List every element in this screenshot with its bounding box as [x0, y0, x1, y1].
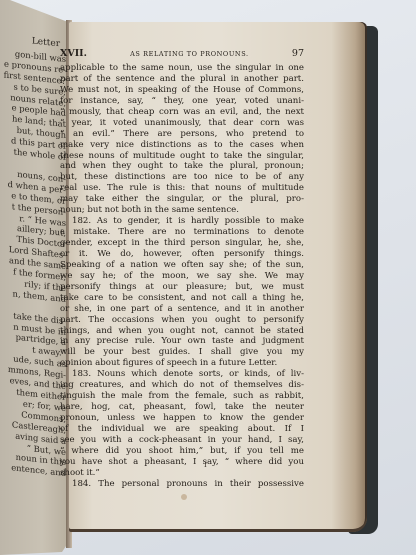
text-line: we say he; of the moon, we say she. We m… — [60, 271, 304, 282]
text-line: part. The occasions when you ought to pe… — [60, 315, 304, 326]
text-line: “ where did you shoot him,” but, if you … — [60, 446, 304, 457]
text-line: make very nice distinctions as to the ca… — [60, 140, 304, 151]
text-line: or it. We do, however, often personify t… — [60, 249, 304, 260]
text-line: and when they ought to take the plural, … — [60, 161, 304, 172]
right-page-content: XVII. AS RELATING TO PRONOUNS. 97 applic… — [60, 48, 304, 490]
body-text: applicable to the same noun, use the sin… — [60, 63, 304, 490]
signature-mark: I — [204, 461, 207, 469]
text-line: hare, hog, cat, pheasant, fowl, take the… — [60, 402, 304, 413]
text-line: “ mously, that cheap corn was an evil, a… — [60, 107, 304, 118]
text-line: of the individual we are speaking about.… — [60, 424, 304, 435]
text-line: Speaking of a nation we often say she; o… — [60, 260, 304, 271]
text-line: in any precise rule. Your own taste and … — [60, 336, 304, 347]
text-line: applicable to the same noun, use the sin… — [60, 63, 304, 74]
text-line: things, and when you ought not, cannot b… — [60, 326, 304, 337]
text-line: 182. As to gender, it is hardly possible… — [60, 216, 304, 227]
running-title: AS RELATING TO PRONOUNS. — [130, 50, 249, 58]
left-page-lines: gon-bill wase pronouns re-first sentence… — [0, 47, 66, 479]
text-line: these nouns of multitude ought to take t… — [60, 151, 304, 162]
text-line: may take either the singular, or the plu… — [60, 194, 304, 205]
chapter-number: XVII. — [60, 48, 87, 59]
text-line: but, these distinctions are too nice to … — [60, 172, 304, 183]
page-number: 97 — [292, 48, 304, 59]
text-line: 183. Nouns which denote sorts, or kinds,… — [60, 369, 304, 380]
text-line: or she, in one part of a sentence, and i… — [60, 304, 304, 315]
text-line: part of the sentence and the plural in a… — [60, 74, 304, 85]
text-line: real use. The rule is this: that nouns o… — [60, 183, 304, 194]
text-line: ing creatures, and which do not of thems… — [60, 380, 304, 391]
paper-stain — [181, 494, 187, 500]
text-line: see you with a cock-pheasant in your han… — [60, 435, 304, 446]
text-line: “ year, it voted unanimously, that dear … — [60, 118, 304, 129]
text-line: opinion about figures of speech in a fut… — [60, 358, 304, 369]
text-line: personify things at our pleasure; but, w… — [60, 282, 304, 293]
text-line: for instance, say, “ they, one year, vot… — [60, 96, 304, 107]
text-line: pronoun, unless we happen to know the ge… — [60, 413, 304, 424]
text-line: tinguish the male from the female, such … — [60, 391, 304, 402]
text-line: gender, except in the third person singu… — [60, 238, 304, 249]
text-line: you have shot a pheasant, I say, “ where… — [60, 457, 304, 468]
running-head: XVII. AS RELATING TO PRONOUNS. 97 — [60, 48, 304, 59]
text-line: noun; but not both in the same sentence. — [60, 205, 304, 216]
text-line: shoot it.” — [60, 468, 304, 479]
text-line: will be your best guides. I shall give y… — [60, 347, 304, 358]
text-line: “ an evil.” There are persons, who prete… — [60, 129, 304, 140]
left-page-text: Letter gon-bill wase pronouns re-first s… — [0, 33, 66, 479]
text-line: We must not, in speaking of the House of… — [60, 85, 304, 96]
text-line: take care to be consistent, and not call… — [60, 293, 304, 304]
text-line: a mistake. There are no terminations to … — [60, 227, 304, 238]
text-line: 184. The personal pronouns in their poss… — [60, 479, 304, 490]
